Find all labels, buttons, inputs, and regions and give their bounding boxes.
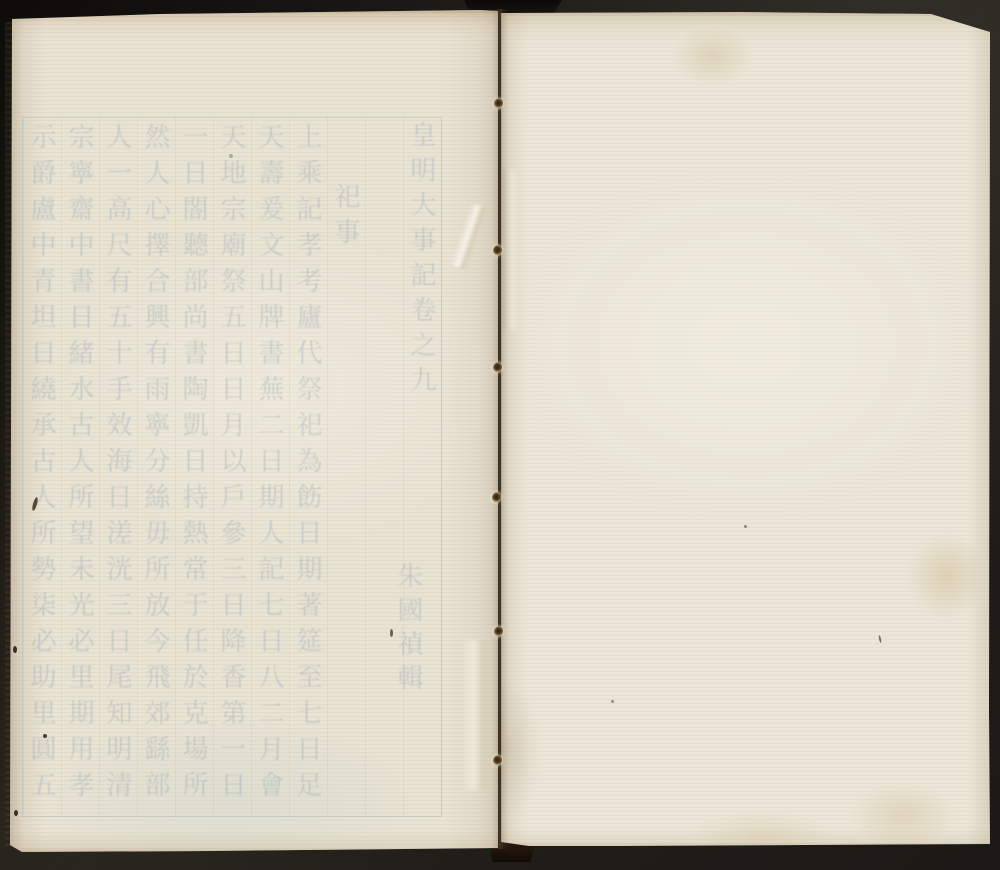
book-scan-spread: 皇明大事記卷之九 朱國禎輯 祀事 上乘記孝考廬代祭祀為飭日期著筵至七日足 天壽爰…	[0, 0, 1000, 870]
ink-speck	[878, 635, 882, 643]
right-page	[501, 10, 991, 848]
left-page: 皇明大事記卷之九 朱國禎輯 祀事 上乘記孝考廬代祭祀為飭日期著筵至七日足 天壽爰…	[10, 9, 499, 853]
ink-speck	[13, 646, 17, 653]
ink-speck	[744, 525, 747, 528]
ink-speck	[14, 810, 18, 816]
ink-speck	[611, 700, 614, 703]
bleedthrough-frame	[22, 117, 442, 817]
binding-gutter	[492, 9, 508, 849]
